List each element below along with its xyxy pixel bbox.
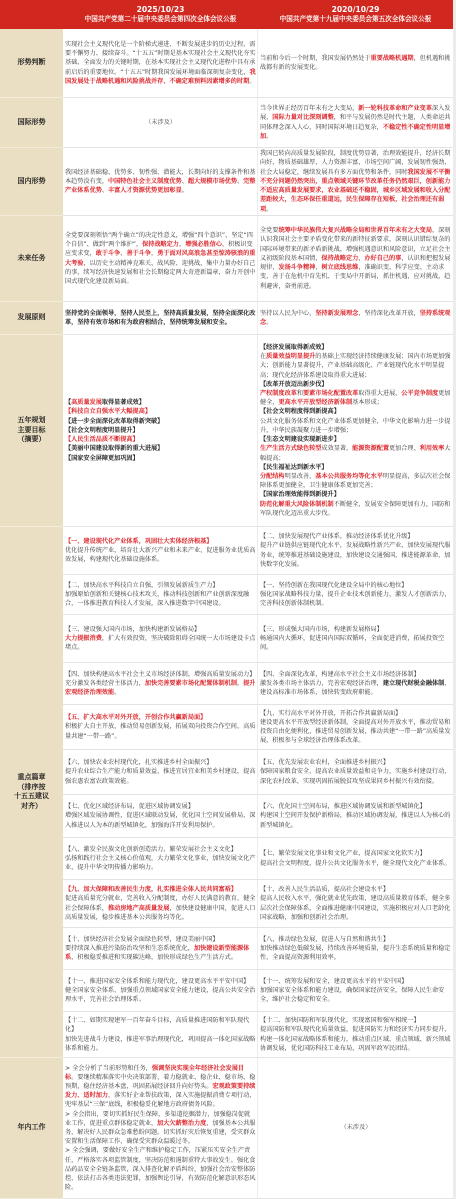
text-segment: 增强区域发展协调性，促进区域联动发展，优化国土空间发展格局，深入推进以人为本的新… (65, 812, 255, 828)
bold-text: 【经济发展取得新成效】 (260, 344, 328, 351)
paragraph: 健全国家安全体系，加强重点领域国家安全能力建设，提高公共安全治理水平，完善社会治… (65, 986, 256, 1004)
paragraph: 【国家安全屏障更加巩固】 (65, 454, 256, 463)
chapter-row: 【十、加快经济社会发展全面绿色转型，建设美丽中国】要持续深入推进污染防治攻坚和生… (63, 928, 453, 970)
paragraph: 激发各类市场主体活力，完善宏观经济治理，建立现代财税金融体制，建设高标准市场体系… (260, 679, 452, 697)
highlighted-text: 发扬斗争精神 (278, 264, 315, 271)
text-segment: 取得重大进展， (358, 390, 401, 397)
row-label-text: 国际形势 (18, 118, 46, 128)
paragraph: 提升产业链供应链现代化水平，发展战略性新兴产业，加快发展现代服务业，统筹推进基础… (260, 541, 452, 569)
paragraph: 【五、优先发展农业农村，全面推进乡村振兴】 (260, 758, 452, 767)
paragraph: 增强区域发展协调性，促进区域联动发展，优化国土空间发展格局，深入推进以人为本的新… (65, 811, 256, 829)
text-segment: （未涉及） (341, 1124, 372, 1131)
highlighted-text: 【一、建设现代化产业体系，巩固壮大实体经济根基】 (65, 538, 212, 545)
paragraph: 【高质量发展取得显著成效】 (65, 398, 256, 407)
chapter-row: 【四、加快构建高水平社会主义市场经济体制，增强高质量发展动力】充分激发各类经营主… (63, 663, 453, 705)
bold-text: 【社会文明程度得到新提高】 (260, 408, 340, 415)
text-segment: 【九、实行高水平对外开放，开拓合作共赢新局面】 (260, 710, 401, 717)
cell-2020: 全党要统筹中华民族伟大复兴战略全局和世界百年未有之大变局，深刻认识我国社会主要矛… (258, 216, 453, 302)
text-segment: 积极扩大自主开放，推动贸易创新发展，拓展双向投资合作空间，高质量共建“一带一路”… (65, 723, 255, 739)
text-segment: 提升产业链供应链现代化水平，发展战略性新兴产业，加快发展现代服务业，统筹推进基础… (260, 542, 450, 567)
text-segment: 全党要 (260, 227, 278, 234)
text-segment: 要持续深入推进污染防治攻坚和生态系统优化， (65, 945, 194, 952)
paragraph: 建设更高水平开放型经济新体制，全面提高对外开放水平，推动贸易和投资自由化便利化，… (260, 718, 452, 746)
paragraph: 【七、优化区域经济布局，促进区域协调发展】 (65, 802, 256, 811)
text-segment: > 全会强调，要做好安全生产和维护稳定工作，压紧压实安全生产责任，严格落实各项监… (65, 1147, 255, 1191)
text-segment: 【十二、加快国防和军队现代化，实现富国和强军相统一】 (260, 1017, 420, 1024)
text-segment: 提高人民收入水平，强化就业优先政策，建设高质量教育体系，健全多层次社会保障体系，… (260, 895, 450, 920)
highlighted-text: 新一轮科技革命和产业变革 (358, 105, 432, 112)
text-segment: 【三、形成强大国内市场，构建新发展格局】 (260, 626, 383, 633)
cell-2025: > 全会分析了当前形势和任务，强调坚决实现全年经济社会发展目标。要继续精准落实中… (63, 1058, 258, 1199)
text-segment: 建设更高水平开放型经济新体制，全面提高对外开放水平，推动贸易和投资自由化便利化，… (260, 719, 451, 744)
paragraph: 【八、推动绿色发展，促进人与自然和谐共生】 (260, 935, 452, 944)
bold-text: 【改革开放迈出新步伐】 (260, 381, 328, 388)
highlighted-text: 更高水平开放型经济新体制 (278, 399, 352, 406)
chapter-2025: 【十二、如期实现建军一百年奋斗目标，高质量推进国防和军队现代化】加快先进战斗力建… (63, 1012, 258, 1058)
chapter-row: 【五、扩大高水平对外开放，开创合作共赢新局面】积极扩大自主开放，推动贸易创新发展… (63, 705, 453, 750)
highlighted-text: 生产生活方式绿色转型 (260, 445, 321, 452)
comparison-table: 2025/10/23 中国共产党第二十届中央委员会第四次全体会议公报 2020/… (0, 0, 453, 1199)
header-blank (0, 0, 63, 29)
paragraph: 【改革开放迈出新步伐】 (260, 380, 452, 389)
paragraph: 提高人民收入水平，强化就业优先政策，建设高质量教育体系，健全多层次社会保障体系，… (260, 894, 452, 922)
column-header-2020: 2020/10/29 中国共产党第十九届中央委员会第五次全体会议公报 (258, 0, 453, 29)
text-segment: 【十一、推进国家安全体系和能力现代化，建设更高水平平安中国】 (65, 978, 249, 985)
row-label-text: 对齐） (21, 802, 42, 812)
highlighted-text: 保持战略定力 (142, 241, 179, 248)
highlighted-text: 保持战略定力 (321, 255, 358, 262)
paragraph: 强化国家战略科技力量，提升企业技术创新能力，激发人才创新活力，完善科技创新体制机… (260, 590, 452, 608)
text-segment: 明显改善， (285, 473, 316, 480)
highlighted-text: 加大欠薪整治力度 (157, 1120, 206, 1127)
highlighted-text: 质量效益明显提升 (266, 353, 315, 360)
chapter-2025: 【六、加快农业农村现代化，扎实推进乡村全面振兴】提升农业综合生产能力和质量效益，… (63, 750, 258, 795)
paragraph: 【六、加快农业农村现代化，扎实推进乡村全面振兴】 (65, 758, 256, 767)
paragraph: 在质量效益明显提升的基础上实现经济持续健康发展；国内市场更加强大；创新能力显著提… (260, 352, 452, 380)
row-label: 国内形势 (0, 148, 63, 216)
highlighted-text: 增强必胜信心 (185, 241, 222, 248)
chapter-2025: 【一、建设现代化产业体系，巩固壮大实体经济根基】优化提升传统产业，培育壮大新兴产… (63, 527, 258, 575)
row-five-year-goals: 五年规划 主要目标 （摘要） 【高质量发展取得显著成效】【科技自立自强水平大幅提… (0, 335, 453, 527)
row-label-text: （摘要） (18, 435, 46, 445)
paragraph: 坚持以人民为中心，坚持新发展理念，坚持深化改革开放，坚持系统观念。 (260, 309, 452, 327)
row-label: 重点篇章 （排序按 十五五建议 对齐） (0, 527, 63, 1058)
chapter-2020: 【二、加快发展现代产业体系，推动经济体系优化升级】提升产业链供应链现代化水平，发… (258, 527, 453, 575)
chapter-row: 【九、加大保障和改善民生力度，扎实推进全体人民共同富裕】促进高质量充分就业，完善… (63, 880, 453, 928)
chapter-row: 【七、优化区域经济布局，促进区域协调发展】增强区域发展协调性，促进区域联动发展，… (63, 795, 453, 838)
paragraph: 当今世界正经历百年未有之大变局，新一轮科技革命和产业变革深入发展，国际力量对比深… (260, 104, 452, 141)
row-domestic: 国内形势 我国经济基础稳、优势多、韧性强、潜能大，长期向好的支撑条件和基本趋势没… (0, 148, 453, 216)
paragraph: 【七、繁荣发展文化事业和文化产业，提高国家文化软实力】 (260, 849, 452, 858)
cell-2025-not-covered: （未涉及） (63, 98, 258, 148)
paragraph: 【九、加大保障和改善民生力度，扎实推进全体人民共同富裕】 (65, 885, 256, 894)
row-label-text: 发展原则 (18, 313, 46, 323)
highlighted-text: 丰富人才资源优势更加彰显 (108, 187, 182, 194)
text-segment: 激发各类市场主体活力，完善宏观经济治理， (260, 680, 383, 687)
chapter-2020: 【六、优化国土空间布局，推进区域协调发展和新型城镇化】构建国土空间开发保护新格局… (258, 795, 453, 838)
paragraph: 【五、扩大高水平对外开放，开创合作共赢新局面】 (65, 713, 256, 722)
paragraph: 【美丽中国建设取得新的重大进展】 (65, 444, 256, 453)
column-date: 2025/10/23 (137, 5, 185, 15)
text-segment: 【四、全面深化改革，构建高水平社会主义市场经济体制】 (260, 671, 420, 678)
paragraph: 【二、加快高水平科技自立自强，引领发展新质生产力】 (65, 581, 256, 590)
text-segment: 【十、加快经济社会发展全面绿色转型，建设美丽中国】 (65, 936, 219, 943)
paragraph: 加快推动绿色低碳发展，持续改善环境质量，提升生态系统质量和稳定性，全面提高资源利… (260, 944, 452, 962)
highlighted-text: 加快完善要素市场化配置体制机制 (145, 680, 237, 687)
bold-text: 【国家治理效能得到新提升】 (260, 491, 340, 498)
paragraph: 加快先进战斗力建设，推进军事治理现代化，巩固提高一体化国家战略体系和能力。 (65, 1035, 256, 1053)
text-segment: 健全国家安全体系，加强重点领域国家安全能力建设，提高公共安全治理水平，完善社会治… (65, 987, 255, 1003)
chapter-2020: 【四、全面深化改革，构建高水平社会主义市场经济体制】激发各类市场主体活力，完善宏… (258, 663, 453, 705)
highlighted-text: 【人民生活品质不断提高】 (65, 436, 139, 443)
text-segment: 【六、加快农业农村现代化，扎实推进乡村全面振兴】 (65, 759, 212, 766)
text-segment: 【四、加快构建高水平社会主义市场经济体制，增强高质量发展动力】 (65, 671, 255, 678)
row-label: 未来任务 (0, 216, 63, 302)
chapter-2025: 【九、加大保障和改善民生力度，扎实推进全体人民共同富裕】促进高质量充分就业，完善… (63, 880, 258, 928)
bold-text: 坚持党的全面领导，坚持人民至上，坚持高质量发展，坚持全面深化改革，坚持有效市场和… (65, 310, 255, 326)
paragraph: 分配结构明显改善，基本公共服务均等化水平明显提高，多层次社会保障体系更加健全，卫… (260, 472, 452, 490)
text-segment: 【十、改善人民生活品质，提高社会建设水平】 (260, 886, 389, 893)
highlighted-text: 超大规模市场优势 (188, 178, 237, 185)
text-segment: > 全会分析了当前形势和任务， (65, 1065, 152, 1072)
text-segment: 。 (114, 689, 120, 696)
text-segment: 加快先进战斗力建设，推进军事治理现代化，巩固提高一体化国家战略体系和能力。 (65, 1036, 255, 1052)
text-segment: 【二、加快发展现代产业体系，推动经济体系优化升级】 (260, 533, 414, 540)
text-segment: 当前和今后一个时期，我国发展仍然处于 (260, 55, 371, 62)
highlighted-text: 国际力量对比深刻调整 (272, 114, 333, 121)
chapter-row: 【十一、推进国家安全体系和能力现代化，建设更高水平平安中国】健全国家安全体系，加… (63, 970, 453, 1012)
paragraph: 【人民生活品质不断提高】 (65, 435, 256, 444)
highlighted-text: 善于斗争 (126, 250, 151, 257)
text-segment: 基本形成； (352, 399, 383, 406)
cell-2020: 我国已转向高质量发展阶段，制度优势显著，治理效能提升，经济长期向好，物质基础雄厚… (258, 148, 453, 216)
row-key-chapters: 重点篇章 （排序按 十五五建议 对齐） 【一、建设现代化产业体系，巩固壮大实体经… (0, 527, 453, 1058)
text-segment: 加快推动绿色低碳发展，持续改善环境质量，提升生态系统质量和稳定性，全面提高资源利… (260, 945, 450, 961)
paragraph: 【十、加快经济社会发展全面绿色转型，建设美丽中国】 (65, 935, 256, 944)
paragraph: 我国已转向高质量发展阶段，制度优势显著，治理效能提升，经济长期向好，物质基础雄厚… (260, 149, 452, 213)
paragraph: > 全会指出，要切实抓好民生保障，多渠道挖掘潜力，加强稳岗促就业工作，促进重点群… (65, 1110, 256, 1147)
text-segment: 。 (266, 133, 272, 140)
text-segment: 实现社会主义现代化是一个阶梯式递进、不断发展进步的历史过程，需要不懈努力、接续奋… (65, 41, 256, 76)
text-segment: ，积极稳妥推进和实现碳达峰，加快形成绿色生产生活方式。 (71, 954, 237, 961)
chapter-row: 【一、建设现代化产业体系，巩固壮大实体经济根基】优化提升传统产业，培育壮大新兴产… (63, 527, 453, 575)
paragraph: 【生态文明建设实现新进步】 (260, 435, 452, 444)
bold-text: 【生态文明建设实现新进步】 (260, 436, 340, 443)
paragraph: 坚持党的全面领导，坚持人民至上，坚持高质量发展，坚持全面深化改革，坚持有效市场和… (65, 309, 256, 327)
paragraph: 【经济发展取得新成效】 (260, 343, 452, 352)
paragraph: 【国家治理效能得到新提升】 (260, 490, 452, 499)
text-segment: 。 (182, 187, 188, 194)
text-segment: 构建国土空间开发保护新格局，推动区域协调发展，推进以人为核心的新型城镇化。 (260, 812, 450, 828)
paragraph: 防范化解重大风险体制机制不断健全，发展安全保障更加有力，国防和军队现代化迈出重大… (260, 500, 452, 518)
chapter-2020: 【七、繁荣发展文化事业和文化产业，提高国家文化软实力】提高社会文明程度，提升公共… (258, 838, 453, 880)
cell-2025: 实现社会主义现代化是一个阶梯式递进、不断发展进步的历史过程，需要不懈努力、接续奋… (63, 29, 258, 98)
chapter-2020: 【十一、统筹发展和安全，建设更高水平的平安中国】加强国家安全体系和能力建设，确保… (258, 970, 453, 1012)
cell-2025: 【高质量发展取得显著成效】【科技自立自强水平大幅提高】【进一步全面深化改革取得新… (63, 335, 258, 527)
row-label-text: 形势判断 (18, 58, 46, 68)
highlighted-text: 坚持新发展理念 (315, 310, 358, 317)
cell-2025: 我国经济基础稳、优势多、韧性强、潜能大，长期向好的支撑条件和基本趋势没有变，中国… (63, 148, 258, 216)
text-segment: 【三、建设强大国内市场，加快构建新发展格局】 (65, 626, 200, 633)
text-segment: 【五、优先发展农业农村，全面推进乡村振兴】 (260, 759, 389, 766)
paragraph: 提高国防和军队现代化质量效益，促进国防实力和经济实力同步提升，构建一体化国家战略… (260, 1025, 452, 1053)
highlighted-text: 敢于斗争 (96, 250, 121, 257)
paragraph: 【十二、如期实现建军一百年奋斗目标，高质量推进国防和军队现代化】 (65, 1016, 256, 1034)
paragraph: 生产生活方式绿色转型成效显著，能源资源配置更加合理、利用效率大幅提高； (260, 444, 452, 462)
text-segment: 加强原始创新和关键核心技术攻关，推动科技创新和产业创新深度融合，一体推进教育科技… (65, 591, 249, 607)
highlighted-text: 防范化解重大风险体制机制 (260, 501, 334, 508)
paragraph: 要持续深入推进污染防治攻坚和生态系统优化，加快建设新型能源体系，积极稳妥推进和实… (65, 944, 256, 962)
paragraph: 产权制度改革和要素市场化配置改革取得重大进展，公平竞争制度更加健全，更高水平开放… (260, 389, 452, 407)
text-segment: 成效显著， (321, 445, 352, 452)
row-this-year-work: 年内工作 > 全会分析了当前形势和任务，强调坚决实现全年经济社会发展目标。要继续… (0, 1058, 453, 1199)
highlighted-text: 办好自己的事 (364, 255, 401, 262)
row-label-text: （排序按 (18, 783, 46, 793)
highlighted-text: 【五、扩大高水平对外开放，开创合作共赢新局面】 (65, 714, 206, 721)
paragraph: （未涉及） (145, 118, 176, 127)
highlighted-text: 【九、加大保障和改善民生力度，扎实推进全体人民共同富裕】 (65, 886, 237, 893)
chapter-2020: 【十、改善人民生活品质，提高社会建设水平】提高人民收入水平，强化就业优先政策，建… (258, 880, 453, 928)
text-segment: 【八、推动绿色发展，促进人与自然和谐共生】 (260, 936, 389, 943)
highlighted-text: 基本公共服务均等化水平 (315, 473, 383, 480)
row-label: 五年规划 主要目标 （摘要） (0, 335, 63, 527)
row-label: 形势判断 (0, 29, 63, 98)
text-segment: 保障国家粮食安全，提高农业质量效益和竞争力，实施乡村建设行动，深化农村改革，实现… (260, 768, 450, 784)
chapter-row: 【十二、如期实现建军一百年奋斗目标，高质量推进国防和军队现代化】加快先进战斗力建… (63, 1012, 453, 1058)
text-segment: 畅通国内大循环，促进国内国际双循环，全面促进消费，拓展投资空间。 (260, 635, 444, 651)
row-label-text: 国内形势 (18, 177, 46, 187)
highlighted-text: 中国特色社会主义制度优势 (108, 178, 182, 185)
paragraph: 积极扩大自主开放，推动贸易创新发展，拓展双向投资合作空间，高质量共建“一带一路”… (65, 722, 256, 740)
paragraph: 【三、建设强大国内市场，加快构建新发展格局】 (65, 625, 256, 634)
highlighted-text: 【科技自立自强水平大幅提高】 (65, 408, 151, 415)
row-label-text: 主要目标 (18, 426, 46, 436)
text-segment: 【十二、如期实现建军一百年奋斗目标，高质量推进国防和军队现代化】 (65, 1017, 249, 1033)
text-segment: ，坚持深化改革开放， (358, 310, 419, 317)
text-segment: 。 (249, 78, 255, 85)
paragraph: 【十一、统筹发展和安全，建设更高水平的平安中国】 (260, 977, 452, 986)
highlighted-text: 树立底线思维 (321, 264, 358, 271)
paragraph: 【八、激发全民族文化创新创造活力，繁荣发展社会主义文化】 (65, 845, 256, 854)
paragraph: 【社会文明程度明显提升】 (65, 426, 256, 435)
paragraph: 充分激发各类经营主体活力，加快完善要素市场化配置体制机制，提升宏观经济治理效能。 (65, 679, 256, 697)
paragraph: （未涉及） (341, 1123, 372, 1132)
text-segment: 提高社会文明程度，提升公共文化服务水平，健全现代文化产业体系。 (260, 860, 450, 867)
row-label-text: 十五五建议 (14, 792, 49, 802)
text-segment: ，以历史主动精神克难关、战风险、迎挑战，集中力量办好自己的事，续写经济快速发展和… (65, 260, 255, 285)
text-segment: 【六、优化国土空间布局，推进区域协调发展和新型城镇化】 (260, 803, 426, 810)
paragraph: 提升农业综合生产能力和质量效益，推进宜居宜业和美乡村建设，提高强农惠农富农政策效… (65, 767, 256, 785)
text-segment: 优化提升传统产业，培育壮大新兴产业和未来产业，促进服务业优质高效发展，构建现代化… (65, 547, 255, 563)
cell-2025: 坚持党的全面领导，坚持人民至上，坚持高质量发展，坚持全面深化改革，坚持有效市场和… (63, 302, 258, 335)
paragraph: 【十、改善人民生活品质，提高社会建设水平】 (260, 885, 452, 894)
row-label-text: 五年规划 (18, 416, 46, 426)
text-segment: 弘扬和践行社会主义核心价值观，大力繁荣文化事业，加快发展文化产业，提升中华文明传… (65, 855, 255, 871)
cell-2020-not-covered: （未涉及） (258, 1058, 453, 1199)
bold-text: 【民生福祉达到新水平】 (260, 464, 328, 471)
text-segment: 【一、坚持创新在我国现代化建设全局中的核心地位】 (260, 582, 407, 589)
chapter-row: 【三、建设强大国内市场，加快构建新发展格局】大力提振消费，扩大有效投资，坚决破除… (63, 615, 453, 663)
paragraph: 【十一、推进国家安全体系和能力现代化，建设更高水平平安中国】 (65, 977, 256, 986)
cell-2020: 【经济发展取得新成效】在质量效益明显提升的基础上实现经济持续健康发展；国内市场更… (258, 335, 453, 527)
text-segment: 【七、优化区域经济布局，促进区域协调发展】 (65, 803, 194, 810)
text-segment: 当今世界正经历百年未有之大变局， (260, 105, 358, 112)
row-label-text: 年内工作 (18, 1123, 46, 1133)
text-segment: 。 (266, 206, 272, 213)
paragraph: 弘扬和践行社会主义核心价值观，大力繁荣文化事业，加快发展文化产业，提升中华文明传… (65, 854, 256, 872)
paragraph: 【三、形成强大国内市场，构建新发展格局】 (260, 625, 452, 634)
chapter-row: 【八、激发全民族文化创新创造活力，繁荣发展社会主义文化】弘扬和践行社会主义核心价… (63, 838, 453, 880)
bold-text: 【社会文明程度明显提升】 (65, 427, 139, 434)
paragraph: 加强原始创新和关键核心技术攻关，推动科技创新和产业创新深度融合，一体推进教育科技… (65, 590, 256, 608)
text-segment: 强化国家战略科技力量，提升企业技术创新能力，激发人才创新活力，完善科技创新体制机… (260, 591, 450, 607)
paragraph: > 全会强调，要做好安全生产和维护稳定工作，压紧压实安全生产责任，严格落实各项监… (65, 1146, 256, 1192)
chapter-row: 【六、加快农业农村现代化，扎实推进乡村全面振兴】提升农业综合生产能力和质量效益，… (63, 750, 453, 795)
text-segment: 。 (266, 319, 272, 326)
row-label: 年内工作 (0, 1058, 63, 1199)
paragraph: 【四、加快构建高水平社会主义市场经济体制，增强高质量发展动力】 (65, 670, 256, 679)
paragraph: 【民生福祉达到新水平】 (260, 463, 452, 472)
cell-2020: 当前和今后一个时期，我国发展仍然处于重要战略机遇期，但机遇和挑战都有新的发展变化… (258, 29, 453, 98)
chapter-2025: 【二、加快高水平科技自立自强，引领发展新质生产力】加强原始创新和关键核心技术攻关… (63, 575, 258, 615)
paragraph: 优化提升传统产业，培育壮大新兴产业和未来产业，促进服务业优质高效发展，构建现代化… (65, 546, 256, 564)
text-segment: 提升农业综合生产能力和质量效益，推进宜居宜业和美乡村建设，提高强农惠农富农政策效… (65, 768, 255, 784)
highlighted-text: 高质量发展 (71, 399, 102, 406)
chapter-2025: 【十、加快经济社会发展全面绿色转型，建设美丽中国】要持续深入推进污染防治攻坚和生… (63, 928, 258, 970)
text-segment: 提高国防和军队现代化质量效益，促进国防实力和经济实力同步提升，构建一体化国家战略… (260, 1026, 450, 1051)
highlighted-text: 要素市场化配置改革 (303, 390, 358, 397)
paragraph: 我国经济基础稳、优势多、韧性强、潜能大，长期向好的支撑条件和基本趋势没有变，中国… (65, 168, 256, 196)
chapter-2025: 【七、优化区域经济布局，促进区域协调发展】增强区域发展协调性，促进区域联动发展，… (63, 795, 258, 838)
chapter-2020: 【九、实行高水平对外开放，开拓合作共赢新局面】建设更高水平开放型经济新体制，全面… (258, 705, 453, 750)
row-international: 国际形势 （未涉及） 当今世界正经历百年未有之大变局，新一轮科技革命和产业变革深… (0, 98, 453, 148)
row-label: 国际形势 (0, 98, 63, 148)
text-segment: 【二、加快高水平科技自立自强，引领发展新质生产力】 (65, 582, 219, 589)
bold-text: 取得显著成效】 (102, 399, 145, 406)
highlighted-text: 产权制度改革 (260, 390, 297, 397)
chapter-2020: 【十二、加快国防和军队现代化，实现富国和强军相统一】提高国防和军队现代化质量效益… (258, 1012, 453, 1058)
paragraph: 【科技自立自强水平大幅提高】 (65, 407, 256, 416)
column-title: 中国共产党第二十届中央委员会第四次全体会议公报 (85, 15, 237, 24)
row-principles: 发展原则 坚持党的全面领导，坚持人民至上，坚持高质量发展，坚持全面深化改革，坚持… (0, 302, 453, 335)
row-label-text: 重点篇章 (18, 773, 46, 783)
chapter-list: 【一、建设现代化产业体系，巩固壮大实体经济根基】优化提升传统产业，培育壮大新兴产… (63, 527, 453, 1058)
paragraph: 全党要深刻领悟“两个确立”的决定性意义，增强“四个意识”、坚定“四个自信”、做到… (65, 231, 256, 286)
column-date: 2020/10/29 (332, 5, 380, 15)
cell-2020: 坚持以人民为中心，坚持新发展理念，坚持深化改革开放，坚持系统观念。 (258, 302, 453, 335)
highlighted-text: 能源资源配置 (352, 445, 389, 452)
bold-text: 【进一步全面深化改革取得新突破】 (65, 418, 163, 425)
paragraph: 公共文化服务体系和文化产业体系更加健全，中华文化影响力进一步提升，中华民族凝聚力… (260, 417, 452, 435)
chapter-row: 【二、加快高水平科技自立自强，引领发展新质生产力】加强原始创新和关键核心技术攻关… (63, 575, 453, 615)
bold-text: 【国家安全屏障更加巩固】 (65, 455, 139, 462)
cell-2020: 当今世界正经历百年未有之大变局，新一轮科技革命和产业变革深入发展，国际力量对比深… (258, 98, 453, 148)
paragraph: 【九、实行高水平对外开放，开拓合作共赢新局面】 (260, 709, 452, 718)
paragraph: 【一、建设现代化产业体系，巩固壮大实体经济根基】 (65, 537, 256, 546)
highlighted-text: 分配结构 (260, 473, 285, 480)
column-title: 中国共产党第十九届中央委员会第五次全体会议公报 (280, 15, 432, 24)
paragraph: 【十二、加快国防和军队现代化，实现富国和强军相统一】 (260, 1016, 452, 1025)
chapter-2025: 【四、加快构建高水平社会主义市场经济体制，增强高质量发展动力】充分激发各类经营主… (63, 663, 258, 705)
chapter-2020: 【一、坚持创新在我国现代化建设全局中的核心地位】强化国家战略科技力量，提升企业技… (258, 575, 453, 615)
paragraph: 构建国土空间开发保护新格局，推动区域协调发展，推进以人为核心的新型城镇化。 (260, 811, 452, 829)
bold-text: 【美丽中国建设取得新的重大进展】 (65, 445, 163, 452)
highlighted-text: 利用效率 (420, 445, 445, 452)
chapter-2025: 【五、扩大高水平对外开放，开创合作共赢新局面】积极扩大自主开放，推动贸易创新发展… (63, 705, 258, 750)
row-situation: 形势判断 实现社会主义现代化是一个阶梯式递进、不断发展进步的历史过程，需要不懈努… (0, 29, 453, 98)
paragraph: 当前和今后一个时期，我国发展仍然处于重要战略机遇期，但机遇和挑战都有新的发展变化… (260, 54, 452, 72)
text-segment: （未涉及） (145, 119, 176, 126)
paragraph: 实现社会主义现代化是一个阶梯式递进、不断发展进步的历史过程，需要不懈努力、接续奋… (65, 40, 256, 86)
chapter-2020: 【八、推动绿色发展，促进人与自然和谐共生】加快推动绿色低碳发展，持续改善环境质量… (258, 928, 453, 970)
paragraph: 【六、优化国土空间布局，推进区域协调发展和新型城镇化】 (260, 802, 452, 811)
chapter-2020: 【三、形成强大国内市场，构建新发展格局】畅通国内大循环，促进国内国际双循环，全面… (258, 615, 453, 663)
paragraph: 【进一步全面深化改革取得新突破】 (65, 417, 256, 426)
paragraph: 全党要统筹中华民族伟大复兴战略全局和世界百年未有之大变局，深刻认识我国社会主要矛… (260, 226, 452, 290)
highlighted-text: 大力提振消费 (65, 635, 102, 642)
row-label: 发展原则 (0, 302, 63, 335)
highlighted-text: 统筹中华民族伟大复兴战略全局和世界百年未有之大变局 (278, 227, 432, 234)
paragraph: 【社会文明程度得到新提高】 (260, 407, 452, 416)
column-header-2025: 2025/10/23 中国共产党第二十届中央委员会第四次全体会议公报 (63, 0, 258, 29)
cell-2025: 全党要深刻领悟“两个确立”的决定性意义，增强“四个意识”、坚定“四个自信”、做到… (63, 216, 258, 302)
paragraph: 畅通国内大循环，促进国内国际双循环，全面促进消费，拓展投资空间。 (260, 634, 452, 652)
text-segment: 【七、繁荣发展文化事业和文化产业，提高国家文化软实力】 (260, 850, 426, 857)
highlighted-text: 推动房地产高质量发展 (108, 905, 169, 912)
paragraph: 【一、坚持创新在我国现代化建设全局中的核心地位】 (260, 581, 452, 590)
paragraph: 提高社会文明程度，提升公共文化服务水平，健全现代文化产业体系。 (260, 859, 452, 868)
text-segment: 充分激发各类经营主体活力， (65, 680, 145, 687)
paragraph: 保障国家粮食安全，提高农业质量效益和竞争力，实施乡村建设行动，深化农村改革，实现… (260, 767, 452, 785)
text-segment: 更加合理、 (389, 445, 420, 452)
chapter-2025: 【三、建设强大国内市场，加快构建新发展格局】大力提振消费，扩大有效投资，坚决破除… (63, 615, 258, 663)
text-segment: 公共文化服务体系和文化产业体系更加健全，中华文化影响力进一步提升，中华民族凝聚力… (260, 418, 450, 434)
table-header: 2025/10/23 中国共产党第二十届中央委员会第四次全体会议公报 2020/… (0, 0, 453, 29)
paragraph: 加强国家安全体系和能力建设，确保国家经济安全，保障人民生命安全，维护社会稳定和安… (260, 986, 452, 1004)
paragraph: 大力提振消费，扩大有效投资，坚决破除阻碍全国统一大市场建设卡点堵点。 (65, 634, 256, 652)
chapter-2025: 【八、激发全民族文化创新创造活力，繁荣发展社会主义文化】弘扬和践行社会主义核心价… (63, 838, 258, 880)
text-segment: 【八、激发全民族文化创新创造活力，繁荣发展社会主义文化】 (65, 846, 237, 853)
highlighted-text: 重要战略机遇期 (371, 55, 414, 62)
paragraph: 促进高质量充分就业，完善收入分配制度，办好人民满意的教育，健全社会保障体系，推动… (65, 894, 256, 922)
paragraph: 【二、加快发展现代产业体系，推动经济体系优化升级】 (260, 532, 452, 541)
text-segment: 【十一、统筹发展和安全，建设更高水平的平安中国】 (260, 978, 407, 985)
row-label-text: 未来任务 (18, 254, 46, 264)
text-segment: 加强国家安全体系和能力建设，确保国家经济安全，保障人民生命安全，维护社会稳定和安… (260, 987, 444, 1003)
chapter-2025: 【十一、推进国家安全体系和能力现代化，建设更高水平平安中国】健全国家安全体系，加… (63, 970, 258, 1012)
paragraph: 【四、全面深化改革，构建高水平社会主义市场经济体制】 (260, 670, 452, 679)
bold-text: 建立现代财税金融体制 (383, 680, 444, 687)
chapter-2020: 【五、优先发展农业农村，全面推进乡村振兴】保障国家粮食安全，提高农业质量效益和竞… (258, 750, 453, 795)
paragraph: > 全会分析了当前形势和任务，强调坚决实现全年经济社会发展目标。要继续精准落实中… (65, 1064, 256, 1110)
text-segment: 坚持以人民为中心， (260, 310, 315, 317)
highlighted-text: 公平竞争制度 (401, 390, 438, 397)
row-future-tasks: 未来任务 全党要深刻领悟“两个确立”的决定性意义，增强“四个意识”、坚定“四个自… (0, 216, 453, 302)
